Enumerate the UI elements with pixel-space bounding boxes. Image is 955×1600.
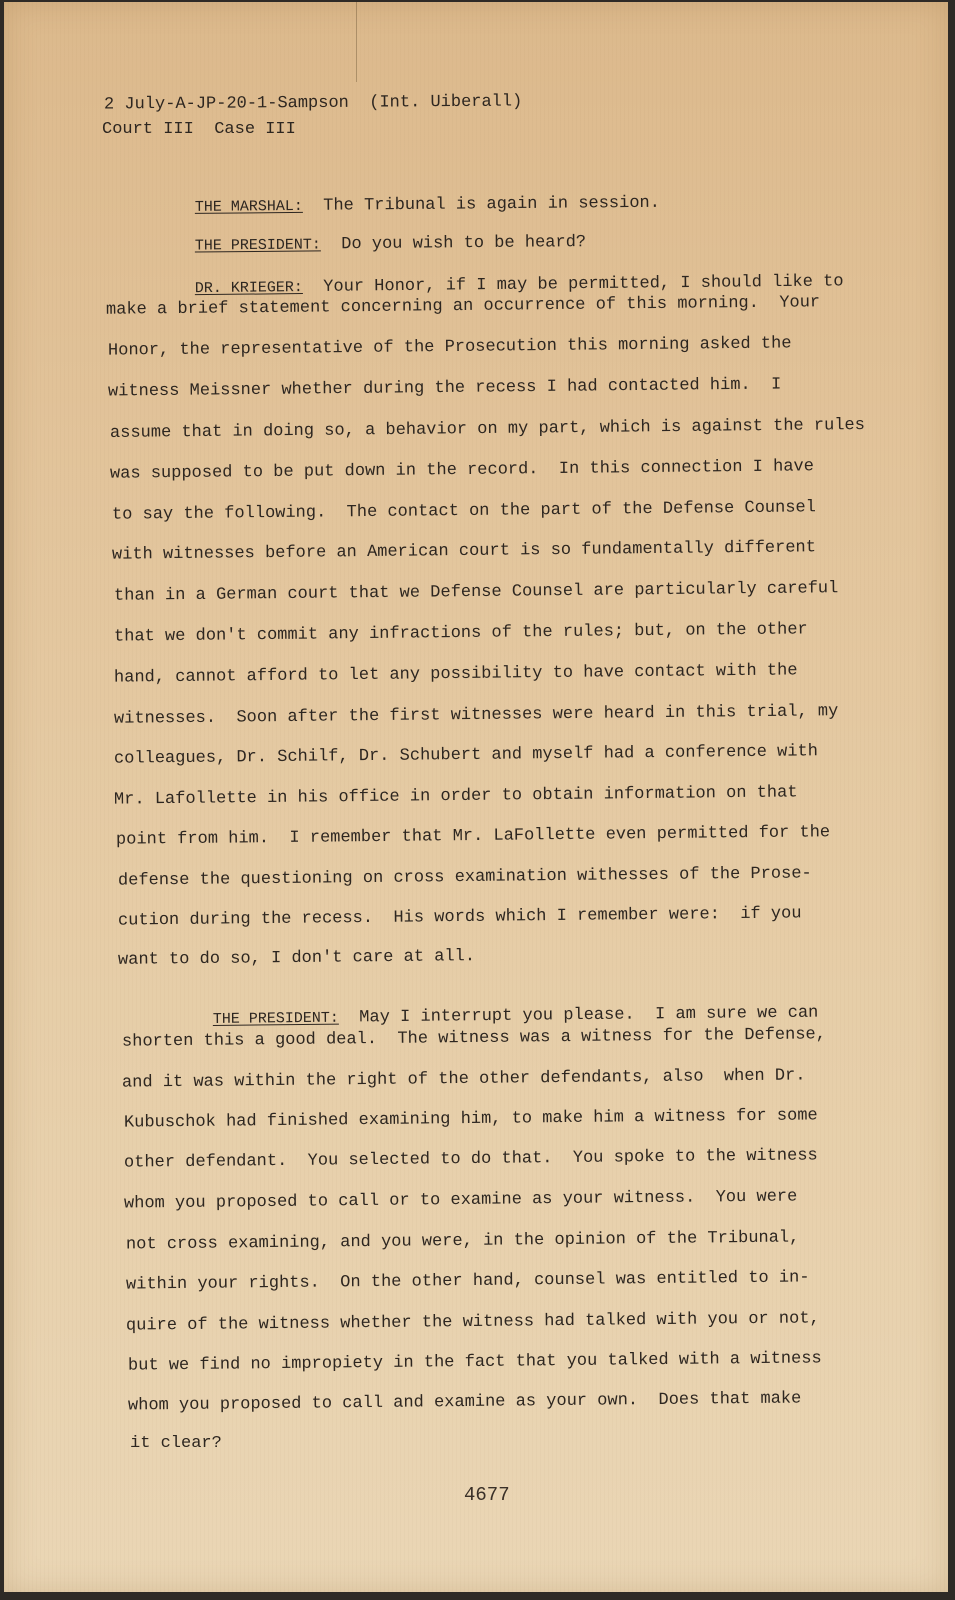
transcript-line: whom you proposed to call and examine as… (128, 1389, 801, 1415)
transcript-line: The Tribunal is again in session. (323, 194, 660, 216)
paper-fold-mark (356, 2, 357, 82)
transcript-line: and it was within the right of the other… (122, 1066, 806, 1092)
transcript-line: Do you wish to be heard? (341, 233, 586, 254)
transcript-line: assume that in doing so, a behavior on m… (110, 416, 865, 443)
transcript-line: but we find no impropiety in the fact th… (128, 1349, 822, 1375)
transcript-line: want to do so, I don't care at all. (118, 947, 475, 970)
speaker-label: THE PRESIDENT: (195, 236, 321, 254)
transcript-line: that we don't commit any infractions of … (114, 620, 808, 646)
transcript-line: May I interrupt you please. I am sure we… (359, 1004, 818, 1028)
transcript-line: other defendant. You selected to do that… (124, 1146, 818, 1172)
transcript-line: hand, cannot afford to let any possibili… (114, 661, 798, 687)
document-page: 2 July-A-JP-20-1-Sampson (Int. Uiberall)… (4, 2, 948, 1592)
transcript-line: not cross examining, and you were, in th… (126, 1228, 799, 1254)
transcript-line: defense the questioning on cross examina… (118, 864, 812, 890)
transcript-line: cution during the recess. His words whic… (118, 904, 802, 930)
speaker-label: THE MARSHAL: (195, 198, 303, 216)
transcript-line: colleagues, Dr. Schilf, Dr. Schubert and… (114, 742, 818, 768)
transcript-line: witness Meissner whether during the rece… (108, 375, 781, 401)
transcript-line: Kubuschok had finished examining him, to… (124, 1106, 818, 1132)
transcript-line: whom you proposed to call or to examine … (124, 1187, 797, 1213)
transcript-line: to say the following. The contact on the… (112, 498, 816, 524)
speaker-label: DR. KRIEGER: (195, 279, 303, 297)
transcript-line: quire of the witness whether the witness… (126, 1309, 820, 1335)
transcript-line: with witnesses before an American court … (112, 538, 816, 564)
transcript-line: witnesses. Soon after the first witnesse… (114, 702, 838, 729)
transcript-line: it clear? (130, 1434, 222, 1453)
header-court-case-line: Court III Case III (102, 120, 296, 139)
transcript-line: Mr. Lafollette in his office in order to… (114, 783, 798, 809)
header-reference-line: 2 July-A-JP-20-1-Sampson (Int. Uiberall) (104, 93, 522, 115)
speaker-label: THE PRESIDENT: (213, 1010, 339, 1028)
transcript-line: than in a German court that we Defense C… (114, 579, 838, 606)
transcript-line: was supposed to be put down in the recor… (110, 457, 814, 483)
page-number: 4677 (464, 1484, 510, 1506)
transcript-line: Honor, the representative of the Prosecu… (108, 334, 792, 360)
transcript-line: within your rights. On the other hand, c… (126, 1268, 810, 1294)
transcript-line: point from him. I remember that Mr. LaFo… (116, 823, 830, 849)
